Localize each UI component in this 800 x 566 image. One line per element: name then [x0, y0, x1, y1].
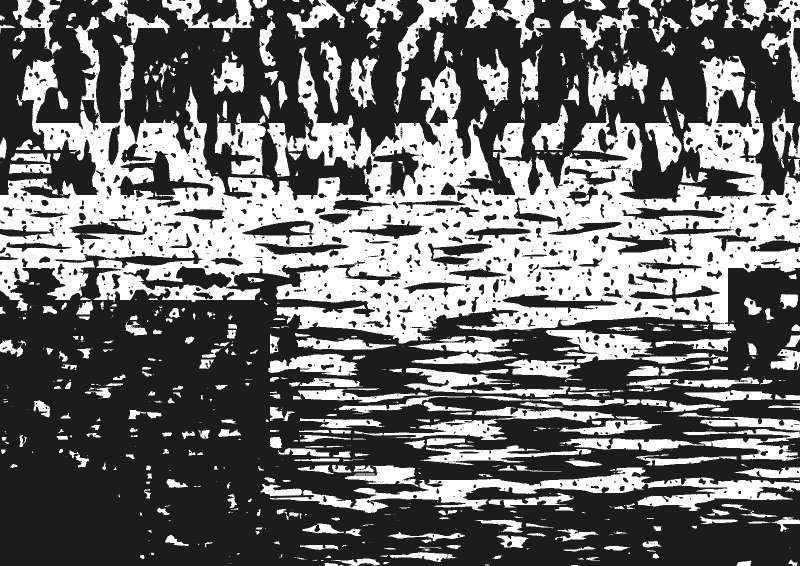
texture-layer-right-edge-blobs [728, 268, 800, 380]
texture-stroke-hairline-left [30, 440, 118, 441]
texture-page [0, 0, 800, 566]
texture-stroke-hairline-center-low [271, 496, 313, 497]
texture-stroke-hairline-center [350, 436, 415, 437]
texture-layer-bottom-right-smudge [630, 524, 800, 566]
grunge-texture-svg [0, 0, 800, 566]
texture-layer-bottom-left-corner-cluster [0, 470, 140, 566]
